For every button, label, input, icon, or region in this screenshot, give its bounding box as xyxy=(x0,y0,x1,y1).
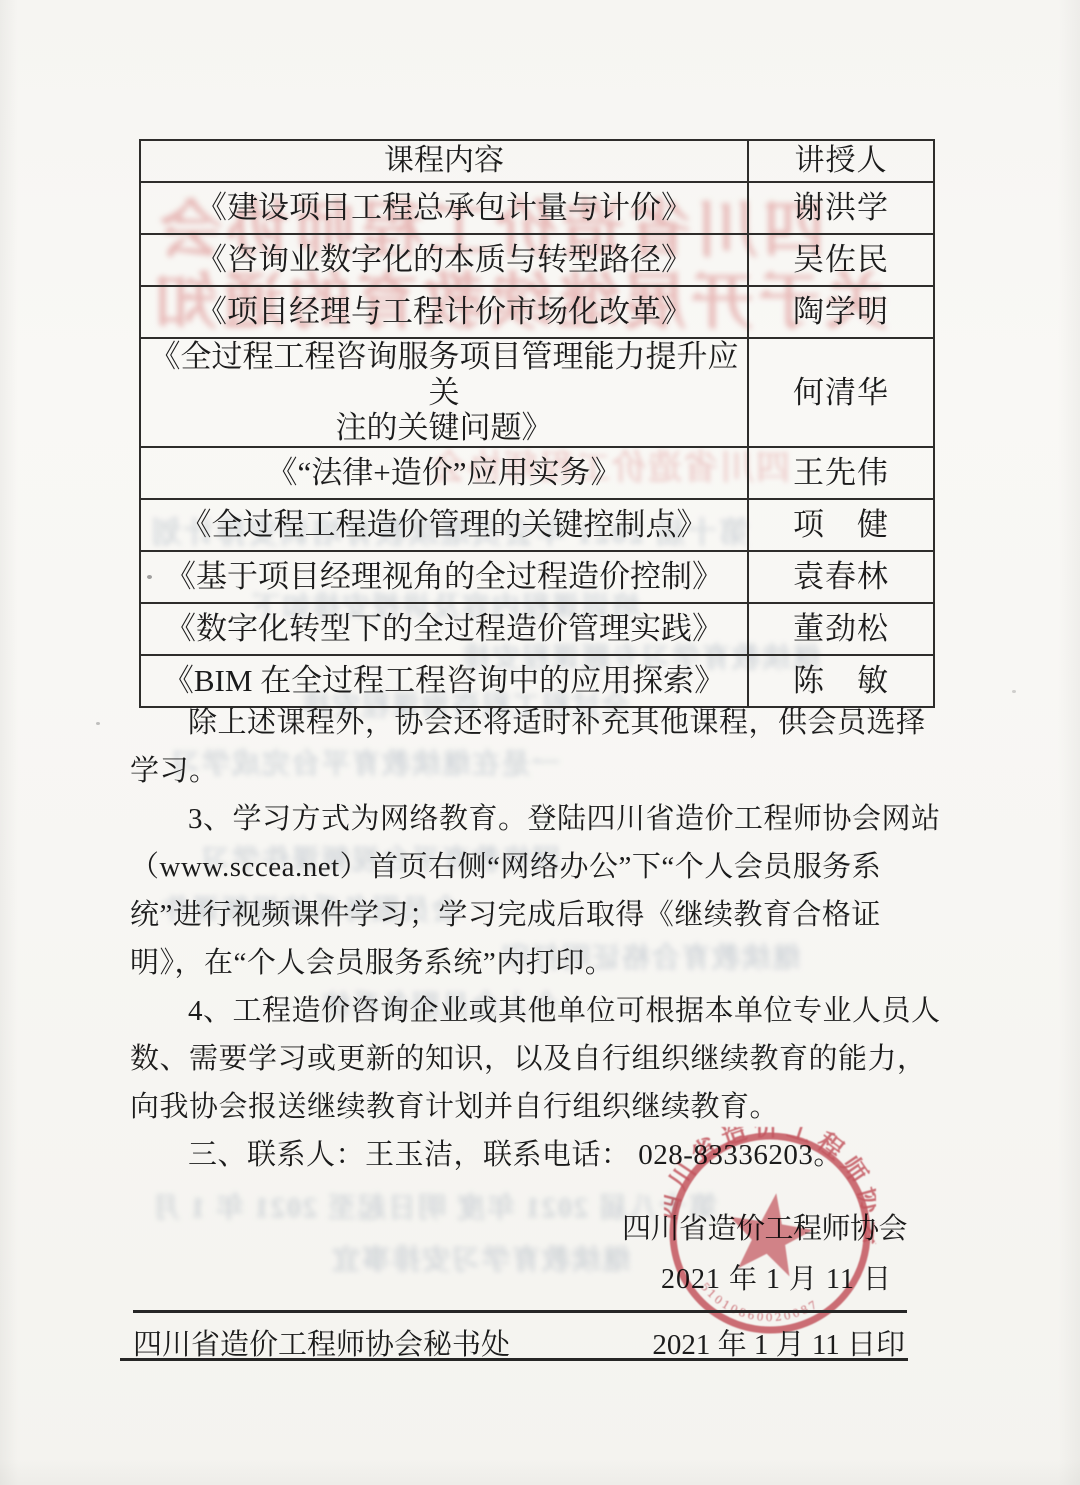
lecturer-name: 何清华 xyxy=(748,338,934,447)
course-title: 《全过程工程咨询服务项目管理能力提升应关 注的关键问题》 xyxy=(140,338,748,447)
scan-speck xyxy=(1012,690,1016,693)
table-row: 《项目经理与工程计价市场化改革》 陶学明 xyxy=(140,286,934,338)
table-row: 《数字化转型下的全过程造价管理实践》 董劲松 xyxy=(140,603,934,655)
lecturer-name: 吴佐民 xyxy=(748,234,934,286)
table-row: 《“法律+造价”应用实务》 王先伟 xyxy=(140,447,934,499)
lecturer-name: 王先伟 xyxy=(748,447,934,499)
footer-print-date: 2021 年 1 月 11 日印 xyxy=(652,1322,905,1363)
footer-rule-bottom xyxy=(120,1358,908,1361)
bleedthrough-text: 继续教育学习安排事宜 xyxy=(330,1238,630,1278)
table-row: 《基于项目经理视角的全过程造价控制》 袁春林 xyxy=(140,551,934,603)
course-title: 《基于项目经理视角的全过程造价控制》 xyxy=(140,551,748,603)
table-row: 《咨询业数字化的本质与转型路径》 吴佐民 xyxy=(140,234,934,286)
body-text: 除上述课程外，协会还将适时补充其他课程，供会员选择 学习。 3、学习方式为网络教… xyxy=(130,699,970,1179)
lecturer-name: 项 健 xyxy=(748,499,934,551)
course-title: 《项目经理与工程计价市场化改革》 xyxy=(140,286,748,338)
lecturer-name: 袁春林 xyxy=(748,551,934,603)
header-lecturer: 讲授人 xyxy=(748,140,934,182)
signature-date: 2021 年 1 月 11 日 xyxy=(661,1257,892,1297)
paragraph-supplement-note: 除上述课程外，协会还将适时补充其他课程，供会员选择 学习。 xyxy=(130,699,970,795)
signature-organization: 四川省造价工程师协会 xyxy=(622,1206,907,1247)
paragraph-contact-info: 三、联系人：王玉洁，联系电话： 028-83336203。 xyxy=(130,1131,970,1179)
header-course-content: 课程内容 xyxy=(140,140,748,182)
scanned-document-page: 四川省造价工程师协会 关于开展继续教育的通知 四川省造价工程师协会 第十届 20… xyxy=(0,0,1080,1485)
paragraph-enterprise-plan: 4、工程造价咨询企业或其他单位可根据本单位专业人员人 数、需要学习或更新的知识，… xyxy=(130,987,970,1131)
course-title: 《数字化转型下的全过程造价管理实践》 xyxy=(140,603,748,655)
course-title: 《全过程工程造价管理的关键控制点》 xyxy=(140,499,748,551)
course-title: 《咨询业数字化的本质与转型路径》 xyxy=(140,234,748,286)
table-row: 《全过程工程造价管理的关键控制点》 项 健 xyxy=(140,499,934,551)
lecturer-name: 董劲松 xyxy=(748,603,934,655)
scan-speck xyxy=(96,722,100,725)
table-row: 《建设项目工程总承包计量与计价》 谢洪学 xyxy=(140,182,934,234)
footer-secretariat: 四川省造价工程师协会秘书处 xyxy=(133,1322,510,1363)
lecturer-name: 陶学明 xyxy=(748,286,934,338)
course-table: 课程内容 讲授人 《建设项目工程总承包计量与计价》 谢洪学 《咨询业数字化的本质… xyxy=(139,139,935,708)
paragraph-learning-method: 3、学习方式为网络教育。登陆四川省造价工程师协会网站 （www.sccea.ne… xyxy=(130,795,970,987)
table-header-row: 课程内容 讲授人 xyxy=(140,140,934,182)
footer-rule-top xyxy=(133,1310,907,1313)
course-title: 《“法律+造价”应用实务》 xyxy=(140,447,748,499)
course-title: 《建设项目工程总承包计量与计价》 xyxy=(140,182,748,234)
lecturer-name: 谢洪学 xyxy=(748,182,934,234)
table-row: 《全过程工程咨询服务项目管理能力提升应关 注的关键问题》 何清华 xyxy=(140,338,934,447)
